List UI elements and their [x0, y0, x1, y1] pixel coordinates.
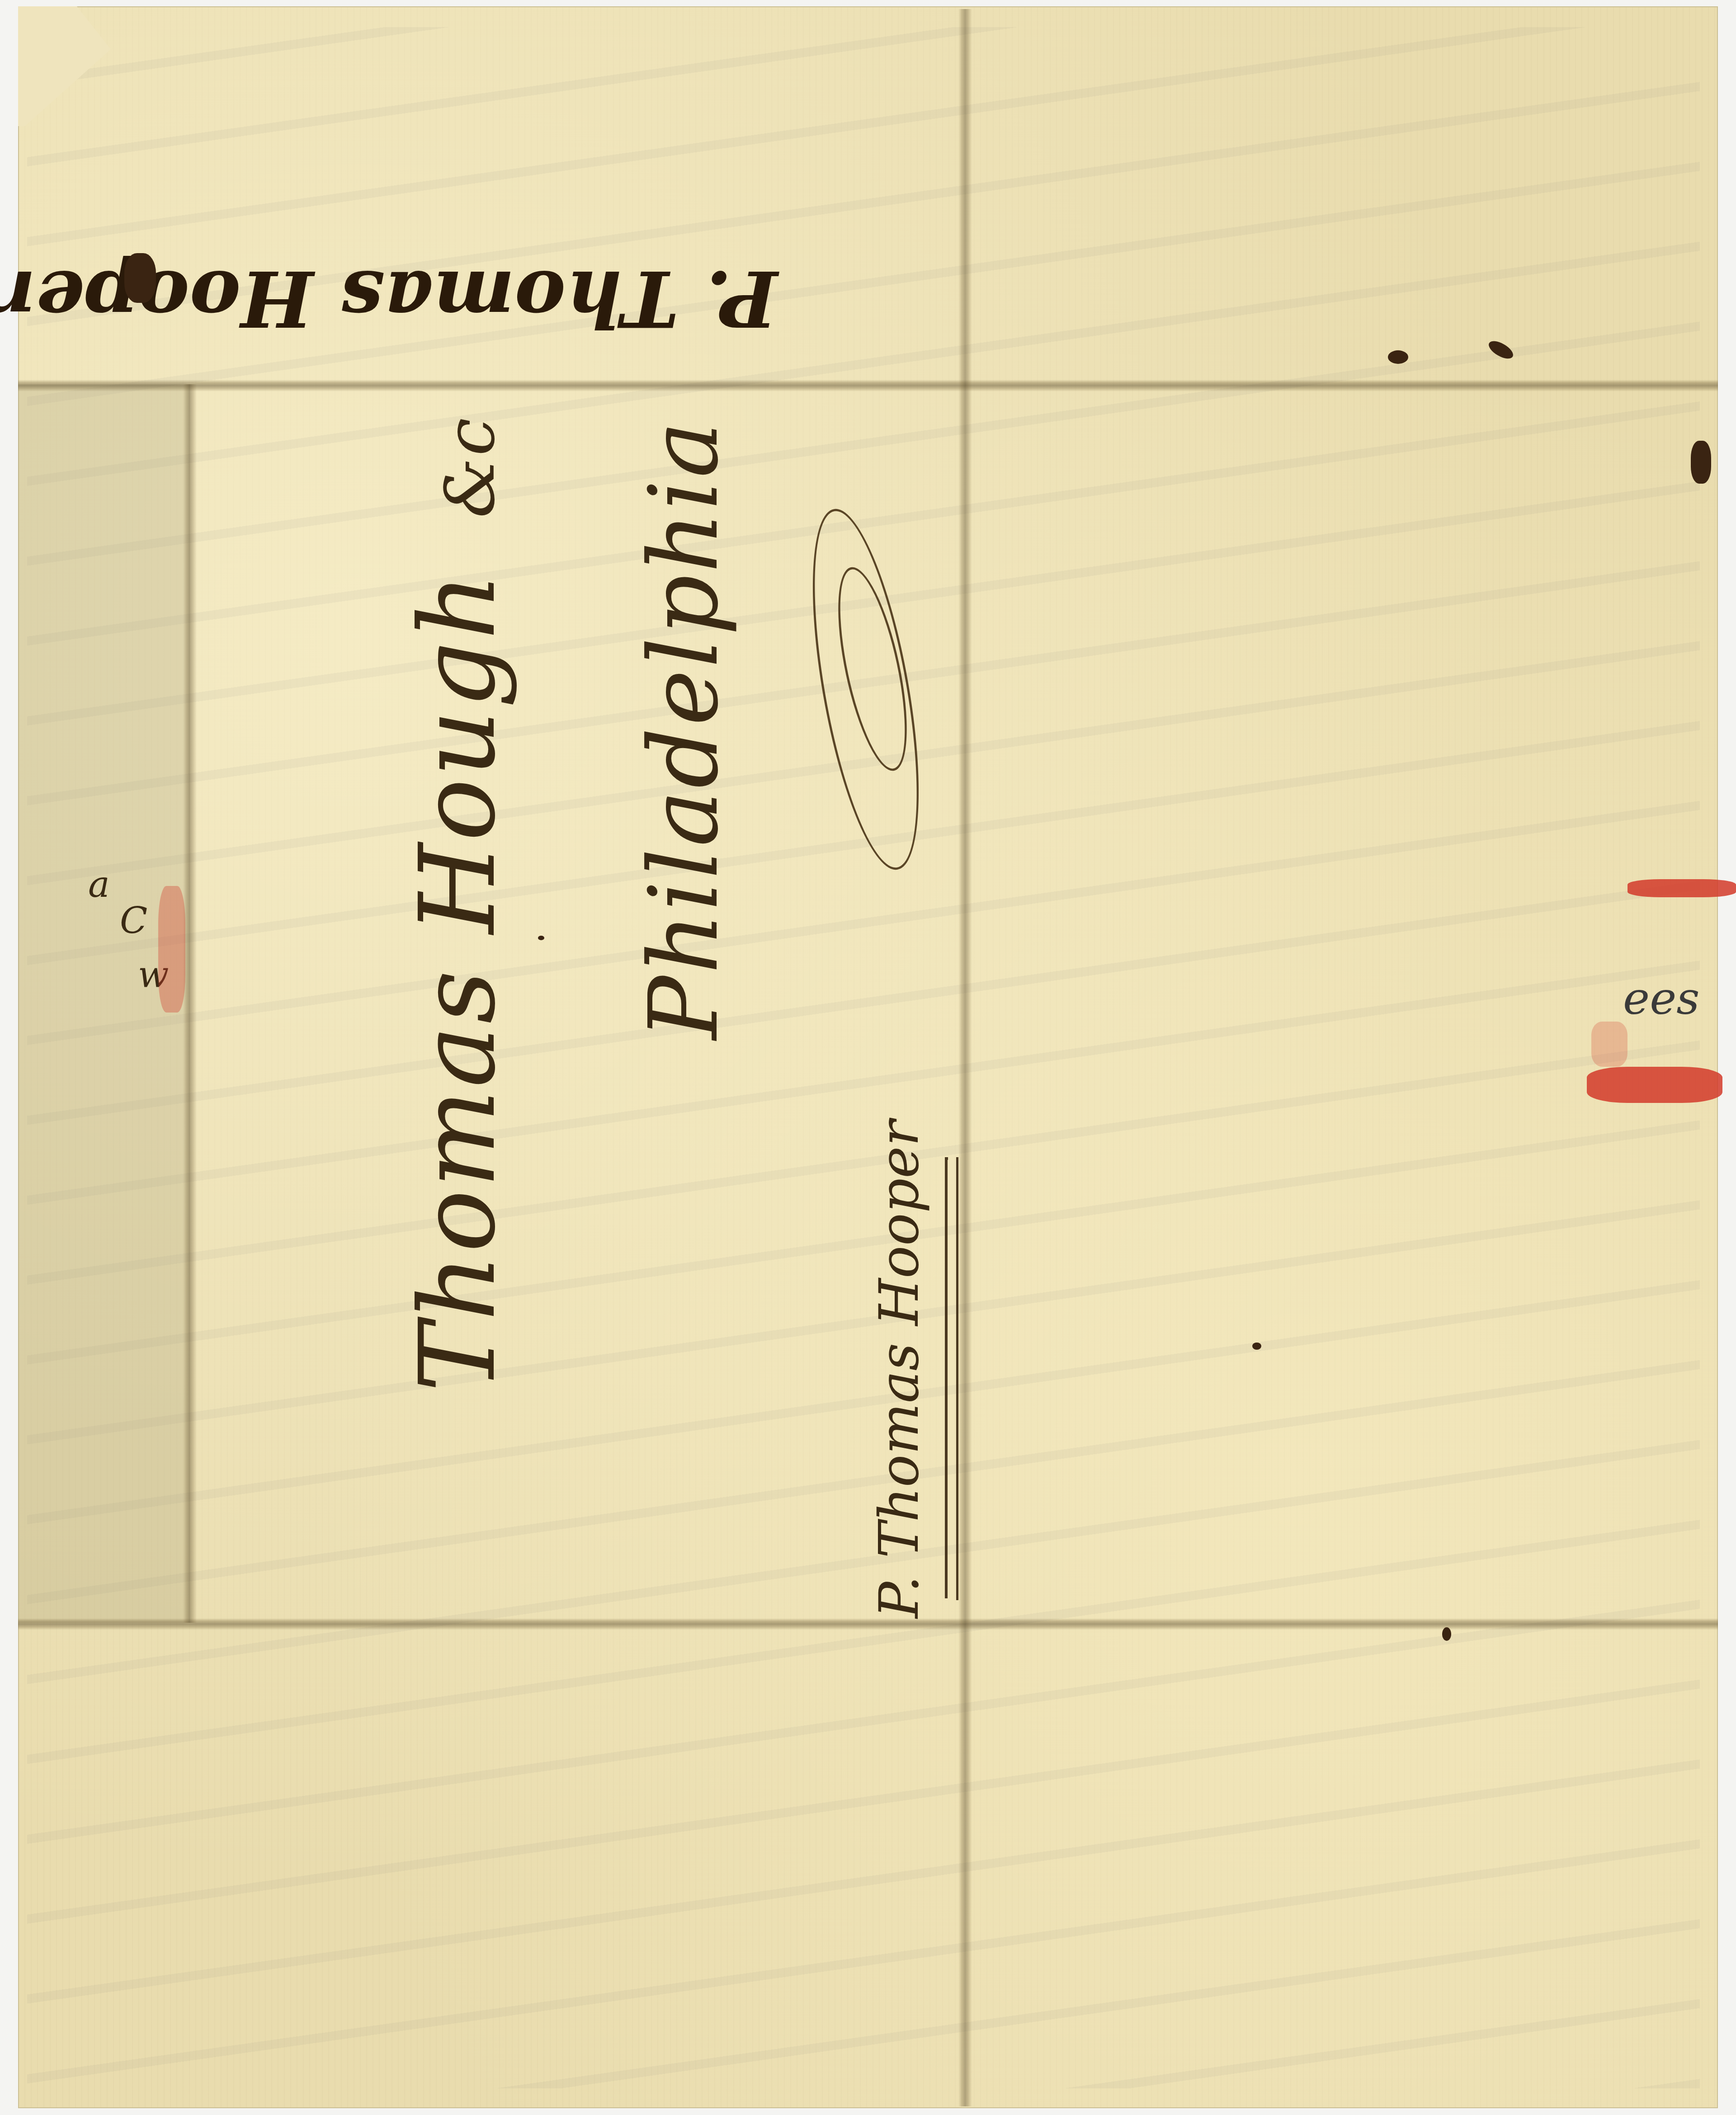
- ink-blot: [1388, 350, 1408, 364]
- ink-dot: [1252, 1342, 1261, 1350]
- fold-line-bottom: [18, 1618, 1718, 1630]
- ink-blot: [124, 253, 156, 303]
- wax-seal-remnant-left: [158, 886, 185, 1013]
- inverted-endorsement: P. Thomas Hooper: [122, 253, 778, 344]
- fold-line-top: [18, 380, 1718, 391]
- conveyance-bracket: [945, 1157, 948, 1598]
- fold-line-left: [183, 384, 197, 1623]
- fold-line-center: [958, 9, 972, 2106]
- addressee-suffix: &c: [431, 416, 510, 518]
- conveyance-note: P. Thomas Hooper: [868, 1120, 931, 1618]
- addressee-name: Thomas Hough &c: [398, 416, 519, 1392]
- wax-seal-fragment: [1627, 879, 1736, 897]
- fragment-letter: C: [120, 900, 147, 942]
- ink-dot: [538, 936, 544, 940]
- address-city: Philadelphia: [628, 419, 739, 1040]
- wax-seal-fragment: [1587, 1067, 1722, 1103]
- seal-text: ees: [1623, 972, 1700, 1025]
- ink-blot: [1691, 441, 1711, 484]
- ink-dot: [1442, 1627, 1451, 1641]
- conveyance-rule: [956, 1157, 958, 1600]
- wax-seal-fragment: [1591, 1022, 1627, 1067]
- addressee-text: Thomas Hough: [398, 571, 519, 1392]
- fragment-letter: a: [88, 863, 110, 905]
